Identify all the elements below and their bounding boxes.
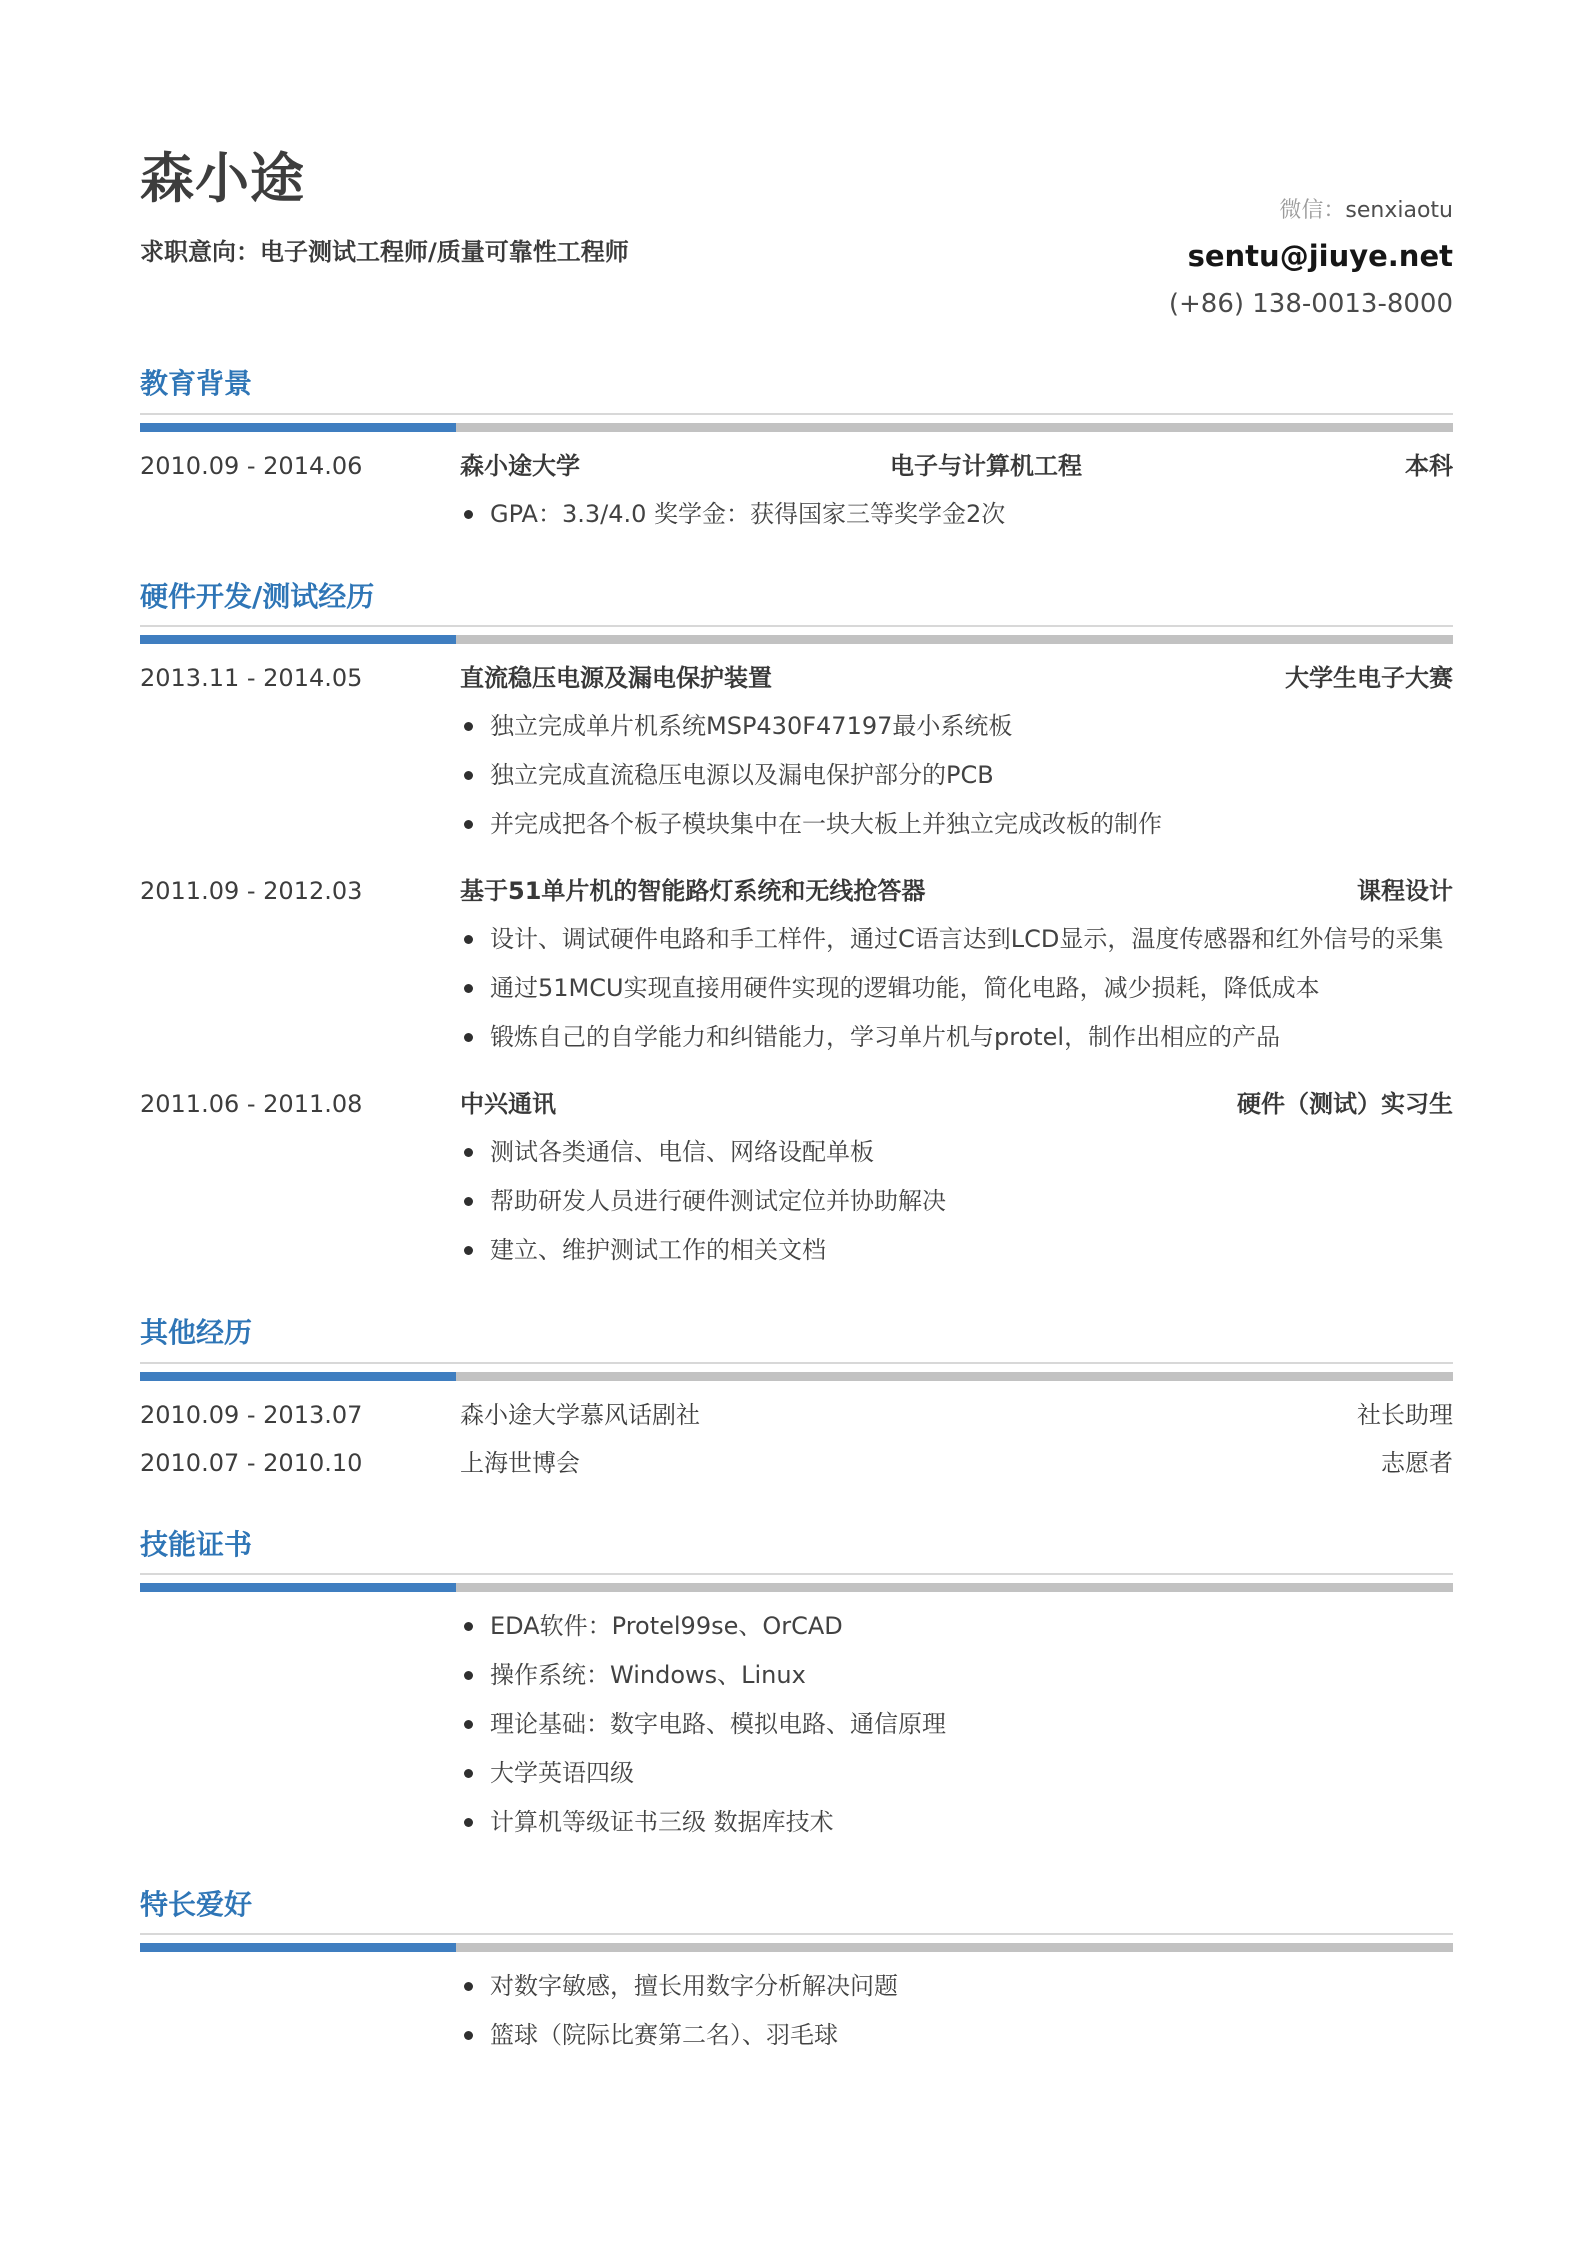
bullet-item: 篮球（院际比赛第二名）、羽毛球 [460, 2017, 1453, 2054]
email-text: sentu@jiuye.net [1169, 239, 1453, 274]
phone-text: (+86) 138-0013-8000 [1169, 289, 1453, 320]
bullet-item: 设计、调试硬件电路和手工样件，通过C语言达到LCD显示，温度传感器和红外信号的采… [460, 921, 1453, 958]
section-title: 技能证书 [140, 1527, 1453, 1575]
bullet-item: 测试各类通信、电信、网络设配单板 [460, 1134, 1453, 1171]
bar-gray-segment [456, 423, 1453, 432]
section-title: 硬件开发/测试经历 [140, 579, 1453, 627]
other-row: 2010.09 - 2013.07 森小途大学慕风话剧社 社长助理 [140, 1397, 1453, 1433]
date-range: 2011.09 - 2012.03 [140, 873, 460, 909]
bullet-item: 对数字敏感，擅长用数字分析解决问题 [460, 1968, 1453, 2005]
bullet-item: 并完成把各个板子模块集中在一块大板上并独立完成改板的制作 [460, 806, 1453, 843]
bar-blue-segment [140, 1372, 456, 1381]
bullet-item: 独立完成直流稳压电源以及漏电保护部分的PCB [460, 757, 1453, 794]
entry-title: 基于51单片机的智能路灯系统和无线抢答器 [460, 873, 1357, 909]
bullet-item: 建立、维护测试工作的相关文档 [460, 1232, 1453, 1269]
bar-gray-segment [456, 635, 1453, 644]
entry-header-row: 2011.09 - 2012.03 基于51单片机的智能路灯系统和无线抢答器 课… [140, 873, 1453, 909]
date-range: 2011.06 - 2011.08 [140, 1086, 460, 1122]
date-range: 2013.11 - 2014.05 [140, 660, 460, 696]
bullet-item: EDA软件：Protel99se、OrCAD [460, 1608, 1453, 1645]
section-underline-bar [140, 423, 1453, 432]
bullet-item: 大学英语四级 [460, 1755, 1453, 1792]
resume-page: 森小途 求职意向：电子测试工程师/质量可靠性工程师 微信：senxiaotu s… [0, 0, 1587, 2244]
bullet-item: GPA：3.3/4.0 奖学金：获得国家三等奖学金2次 [460, 496, 1453, 533]
bullet-list: 对数字敏感，擅长用数字分析解决问题 篮球（院际比赛第二名）、羽毛球 [460, 1968, 1453, 2054]
section-skills: 技能证书 EDA软件：Protel99se、OrCAD 操作系统：Windows… [140, 1527, 1453, 1841]
bullet-item: 独立完成单片机系统MSP430F47197最小系统板 [460, 708, 1453, 745]
section-underline-bar [140, 1583, 1453, 1592]
entry-header-row: 2011.06 - 2011.08 中兴通讯 硬件（测试）实习生 [140, 1086, 1453, 1122]
entry-title: 直流稳压电源及漏电保护装置 [460, 660, 1285, 696]
role: 社长助理 [1357, 1397, 1453, 1433]
job-objective: 求职意向：电子测试工程师/质量可靠性工程师 [140, 236, 629, 270]
wechat-line: 微信：senxiaotu [1169, 198, 1453, 224]
bullet-item: 帮助研发人员进行硬件测试定位并协助解决 [460, 1183, 1453, 1220]
major: 电子与计算机工程 [890, 448, 1405, 484]
date-range: 2010.07 - 2010.10 [140, 1445, 460, 1481]
school-name: 森小途大学 [460, 448, 890, 484]
bar-blue-segment [140, 1583, 456, 1592]
bullet-item: 锻炼自己的自学能力和纠错能力，学习单片机与protel，制作出相应的产品 [460, 1019, 1453, 1056]
header: 森小途 求职意向：电子测试工程师/质量可靠性工程师 微信：senxiaotu s… [140, 148, 1453, 320]
header-left: 森小途 求职意向：电子测试工程师/质量可靠性工程师 [140, 148, 629, 270]
bar-gray-segment [456, 1943, 1453, 1952]
section-body: EDA软件：Protel99se、OrCAD 操作系统：Windows、Linu… [140, 1608, 1453, 1841]
bullet-item: 通过51MCU实现直接用硬件实现的逻辑功能，简化电路，减少损耗，降低成本 [460, 970, 1453, 1007]
section-underline-bar [140, 1943, 1453, 1952]
section-other: 其他经历 2010.09 - 2013.07 森小途大学慕风话剧社 社长助理 2… [140, 1315, 1453, 1480]
organization: 森小途大学慕风话剧社 [460, 1397, 1357, 1433]
wechat-label: 微信： [1279, 198, 1345, 223]
section-body: 对数字敏感，擅长用数字分析解决问题 篮球（院际比赛第二名）、羽毛球 [140, 1968, 1453, 2054]
degree: 本科 [1405, 448, 1453, 484]
bullet-item: 计算机等级证书三级 数据库技术 [460, 1804, 1453, 1841]
other-row: 2010.07 - 2010.10 上海世博会 志愿者 [140, 1445, 1453, 1481]
section-underline-bar [140, 635, 1453, 644]
section-body: 2013.11 - 2014.05 直流稳压电源及漏电保护装置 大学生电子大赛 … [140, 660, 1453, 1269]
education-row: 2010.09 - 2014.06 森小途大学 电子与计算机工程 本科 [140, 448, 1453, 484]
section-body: 2010.09 - 2013.07 森小途大学慕风话剧社 社长助理 2010.0… [140, 1397, 1453, 1481]
bar-gray-segment [456, 1583, 1453, 1592]
bullet-list: GPA：3.3/4.0 奖学金：获得国家三等奖学金2次 [460, 496, 1453, 533]
experience-entry: 2011.09 - 2012.03 基于51单片机的智能路灯系统和无线抢答器 课… [140, 873, 1453, 1056]
organization: 上海世博会 [460, 1445, 1381, 1481]
bullet-item: 理论基础：数字电路、模拟电路、通信原理 [460, 1706, 1453, 1743]
date-range: 2010.09 - 2014.06 [140, 448, 460, 484]
entry-header-row: 2013.11 - 2014.05 直流稳压电源及漏电保护装置 大学生电子大赛 [140, 660, 1453, 696]
section-title: 其他经历 [140, 1315, 1453, 1363]
bullet-list: EDA软件：Protel99se、OrCAD 操作系统：Windows、Linu… [460, 1608, 1453, 1841]
experience-entry: 2013.11 - 2014.05 直流稳压电源及漏电保护装置 大学生电子大赛 … [140, 660, 1453, 843]
entry-context: 硬件（测试）实习生 [1237, 1086, 1453, 1122]
section-body: 2010.09 - 2014.06 森小途大学 电子与计算机工程 本科 GPA：… [140, 448, 1453, 533]
entry-context: 课程设计 [1357, 873, 1453, 909]
section-education: 教育背景 2010.09 - 2014.06 森小途大学 电子与计算机工程 本科… [140, 366, 1453, 532]
contact-block: 微信：senxiaotu sentu@jiuye.net (+86) 138-0… [1169, 198, 1453, 320]
section-title: 特长爱好 [140, 1887, 1453, 1935]
wechat-value: senxiaotu [1345, 198, 1453, 223]
role: 志愿者 [1381, 1445, 1453, 1481]
bar-blue-segment [140, 1943, 456, 1952]
entry-context: 大学生电子大赛 [1285, 660, 1453, 696]
bar-blue-segment [140, 635, 456, 644]
bullet-list: 独立完成单片机系统MSP430F47197最小系统板 独立完成直流稳压电源以及漏… [460, 708, 1453, 843]
bullet-list: 测试各类通信、电信、网络设配单板 帮助研发人员进行硬件测试定位并协助解决 建立、… [460, 1134, 1453, 1269]
experience-entry: 2011.06 - 2011.08 中兴通讯 硬件（测试）实习生 测试各类通信、… [140, 1086, 1453, 1269]
date-range: 2010.09 - 2013.07 [140, 1397, 460, 1433]
section-underline-bar [140, 1372, 1453, 1381]
section-title: 教育背景 [140, 366, 1453, 414]
section-hobbies: 特长爱好 对数字敏感，擅长用数字分析解决问题 篮球（院际比赛第二名）、羽毛球 [140, 1887, 1453, 2054]
bar-blue-segment [140, 423, 456, 432]
section-experience: 硬件开发/测试经历 2013.11 - 2014.05 直流稳压电源及漏电保护装… [140, 579, 1453, 1269]
bullet-list: 设计、调试硬件电路和手工样件，通过C语言达到LCD显示，温度传感器和红外信号的采… [460, 921, 1453, 1056]
bullet-item: 操作系统：Windows、Linux [460, 1657, 1453, 1694]
entry-title: 中兴通讯 [460, 1086, 1237, 1122]
candidate-name: 森小途 [140, 148, 629, 210]
bar-gray-segment [456, 1372, 1453, 1381]
